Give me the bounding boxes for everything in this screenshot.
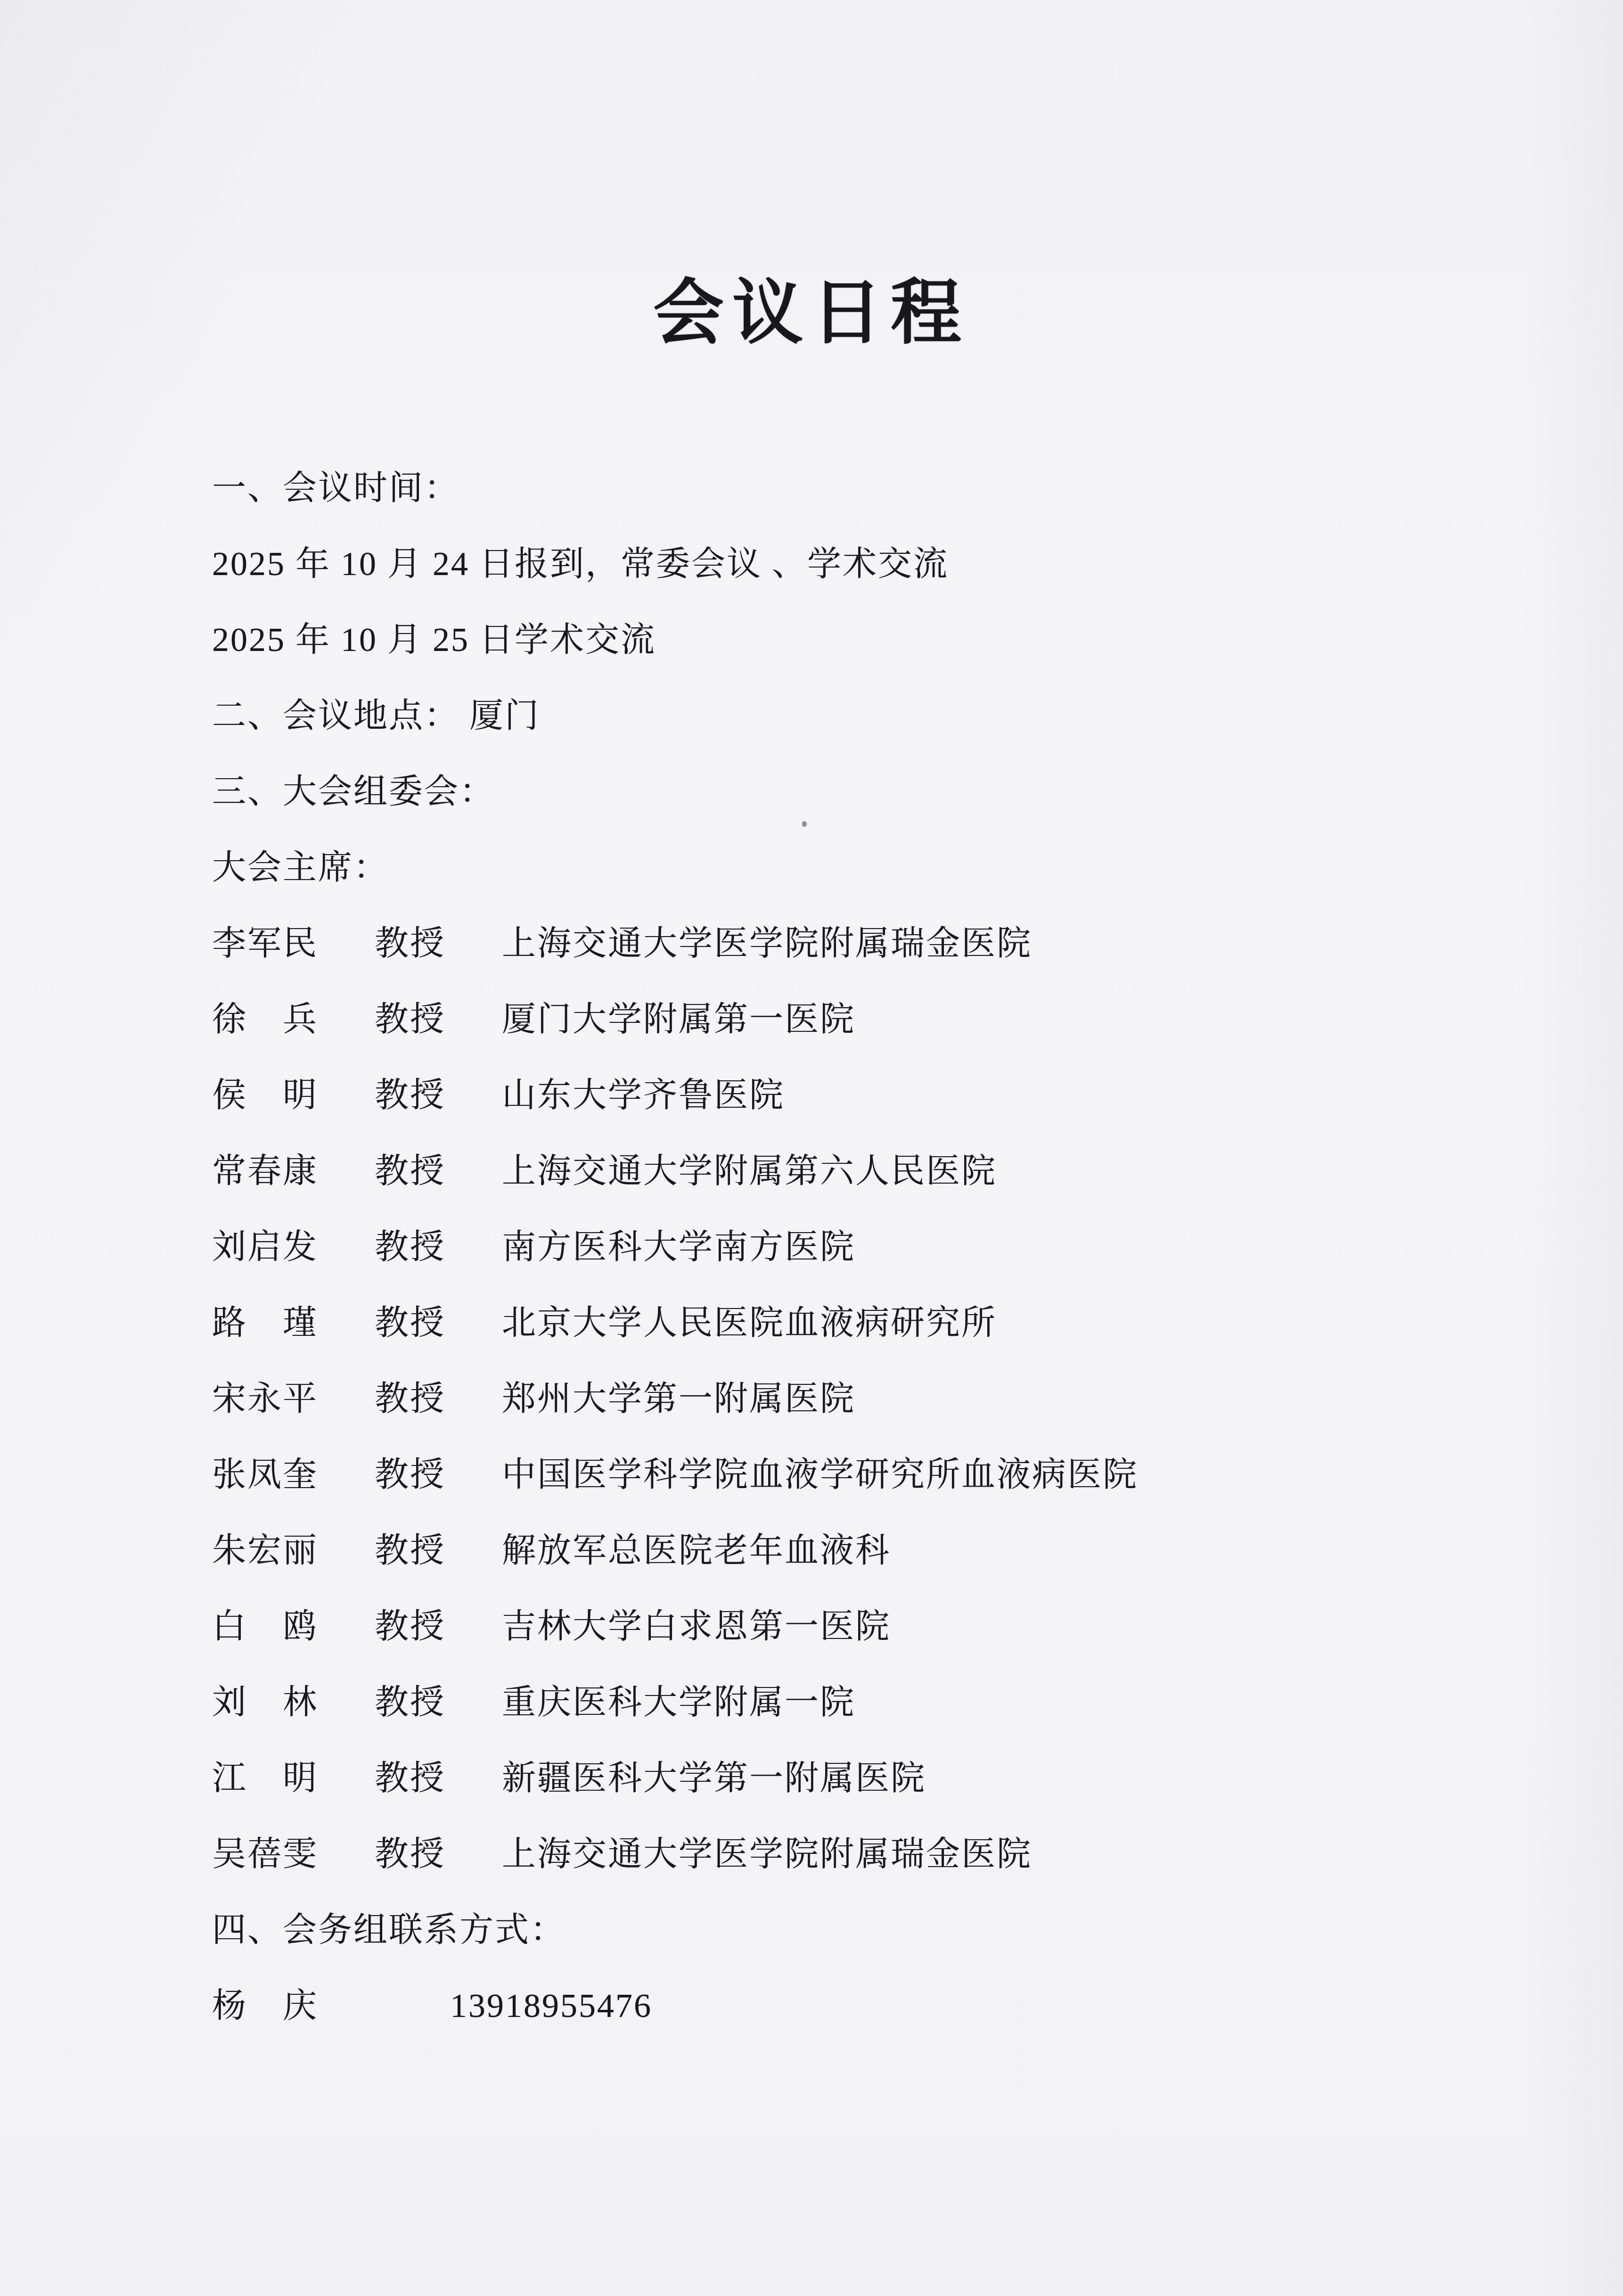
chair-affiliation: 北京大学人民医院血液病研究所 xyxy=(502,1285,997,1361)
chair-name: 刘 林 xyxy=(212,1664,375,1740)
chair-name: 徐 兵 xyxy=(212,981,375,1057)
chair-title: 教授 xyxy=(375,1209,502,1285)
chair-name: 侯 明 xyxy=(212,1057,375,1133)
meeting-time-line: 2025 年 10 月 25 日学术交流 xyxy=(212,602,1500,678)
chair-affiliation: 厦门大学附属第一医院 xyxy=(502,981,855,1057)
chair-name: 刘启发 xyxy=(212,1209,375,1285)
chair-name: 朱宏丽 xyxy=(212,1513,375,1588)
chair-affiliation: 吉林大学白求恩第一医院 xyxy=(502,1588,891,1664)
committee-row: 朱宏丽 教授 解放军总医院老年血液科 xyxy=(212,1513,1500,1588)
committee-row: 刘启发 教授 南方医科大学南方医院 xyxy=(212,1209,1500,1285)
chair-title: 教授 xyxy=(375,1361,502,1437)
chair-title: 教授 xyxy=(375,1588,502,1664)
chair-title: 教授 xyxy=(375,1740,502,1816)
chair-title: 教授 xyxy=(375,905,502,981)
chair-name: 江 明 xyxy=(212,1740,375,1816)
document-body: 一、会议时间： 2025 年 10 月 24 日报到，常委会议 、学术交流 20… xyxy=(212,450,1500,2044)
chair-affiliation: 山东大学齐鲁医院 xyxy=(502,1057,785,1133)
chair-affiliation: 中国医学科学院血液学研究所血液病医院 xyxy=(502,1437,1138,1513)
committee-row: 张凤奎 教授 中国医学科学院血液学研究所血液病医院 xyxy=(212,1437,1500,1513)
chair-affiliation: 解放军总医院老年血液科 xyxy=(502,1513,891,1588)
chair-title: 教授 xyxy=(375,1057,502,1133)
chair-affiliation: 南方医科大学南方医院 xyxy=(502,1209,855,1285)
meeting-time-line: 2025 年 10 月 24 日报到，常委会议 、学术交流 xyxy=(212,526,1500,602)
chair-name: 张凤奎 xyxy=(212,1437,375,1513)
chair-name: 宋永平 xyxy=(212,1361,375,1437)
chair-affiliation: 郑州大学第一附属医院 xyxy=(502,1361,855,1437)
scanned-document-page: 会议日程 一、会议时间： 2025 年 10 月 24 日报到，常委会议 、学术… xyxy=(0,0,1623,2296)
chair-affiliation: 上海交通大学附属第六人民医院 xyxy=(502,1133,997,1209)
committee-row: 刘 林 教授 重庆医科大学附属一院 xyxy=(212,1664,1500,1740)
chair-title: 教授 xyxy=(375,1133,502,1209)
chair-affiliation: 上海交通大学医学院附属瑞金医院 xyxy=(502,905,1032,981)
chair-name: 常春康 xyxy=(212,1133,375,1209)
chair-title: 教授 xyxy=(375,1285,502,1361)
committee-row: 宋永平 教授 郑州大学第一附属医院 xyxy=(212,1361,1500,1437)
chair-affiliation: 上海交通大学医学院附属瑞金医院 xyxy=(502,1816,1032,1892)
chair-affiliation: 重庆医科大学附属一院 xyxy=(502,1664,855,1740)
chair-title: 教授 xyxy=(375,981,502,1057)
chair-title: 教授 xyxy=(375,1816,502,1892)
section-heading-contact: 四、会务组联系方式： xyxy=(212,1892,1500,1968)
chair-affiliation: 新疆医科大学第一附属医院 xyxy=(502,1740,926,1816)
committee-chairs-heading: 大会主席： xyxy=(212,830,1500,905)
committee-row: 江 明 教授 新疆医科大学第一附属医院 xyxy=(212,1740,1500,1816)
section-heading-meeting-location: 二、会议地点： 厦门 xyxy=(212,678,1500,754)
committee-row: 白 鸥 教授 吉林大学白求恩第一医院 xyxy=(212,1588,1500,1664)
contact-name: 杨 庆 xyxy=(212,1968,375,2044)
chair-title: 教授 xyxy=(375,1664,502,1740)
committee-row: 徐 兵 教授 厦门大学附属第一医院 xyxy=(212,981,1500,1057)
scan-speck xyxy=(802,821,807,827)
committee-row: 吴蓓雯 教授 上海交通大学医学院附属瑞金医院 xyxy=(212,1816,1500,1892)
chair-name: 路 瑾 xyxy=(212,1285,375,1361)
committee-row: 侯 明 教授 山东大学齐鲁医院 xyxy=(212,1057,1500,1133)
contact-phone: 13918955476 xyxy=(450,1968,652,2044)
committee-row: 路 瑾 教授 北京大学人民医院血液病研究所 xyxy=(212,1285,1500,1361)
chair-title: 教授 xyxy=(375,1437,502,1513)
chair-title: 教授 xyxy=(375,1513,502,1588)
committee-row: 李军民 教授 上海交通大学医学院附属瑞金医院 xyxy=(212,905,1500,981)
committee-row: 常春康 教授 上海交通大学附属第六人民医院 xyxy=(212,1133,1500,1209)
section-heading-committee: 三、大会组委会： xyxy=(212,754,1500,830)
chair-name: 李军民 xyxy=(212,905,375,981)
document-title: 会议日程 xyxy=(0,278,1623,349)
section-heading-meeting-time: 一、会议时间： xyxy=(212,450,1500,526)
contact-row: 杨 庆 13918955476 xyxy=(212,1968,1500,2044)
chair-name: 吴蓓雯 xyxy=(212,1816,375,1892)
chair-name: 白 鸥 xyxy=(212,1588,375,1664)
